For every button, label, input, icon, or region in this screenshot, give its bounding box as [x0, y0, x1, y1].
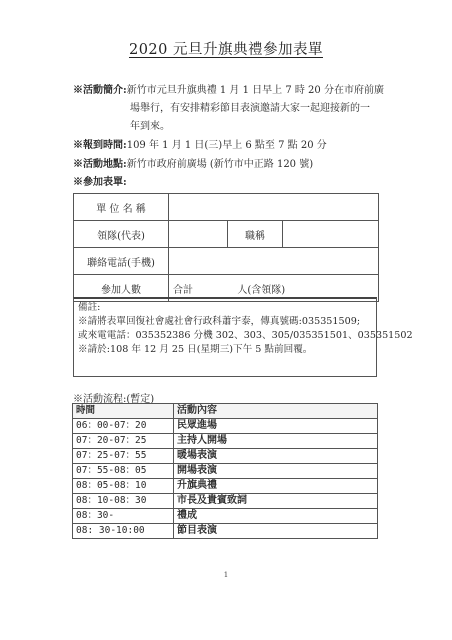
notes-line-3: ※請於:108 年 12 月 25 日(星期三)下午 5 點前回覆。 — [78, 343, 372, 357]
schedule-activity: 禮成 — [174, 509, 378, 524]
schedule-time: 06：00-07：20 — [73, 419, 174, 434]
schedule-row: 07：20-07：25 主持人開場 — [73, 434, 378, 449]
report-time-line: ※報到時間:109 年 1 月 1 日(三)早上 6 點至 7 點 20 分 — [73, 139, 327, 153]
header-time: 時間 — [73, 404, 174, 419]
document-page: 2020 元旦升旗典禮參加表單 ※活動簡介:新竹市元旦升旗典禮 1 月 1 日早… — [0, 0, 452, 640]
schedule-time: 07：55-08：05 — [73, 464, 174, 479]
schedule-row: 07：25-07：55 暖場表演 — [73, 449, 378, 464]
location-label: ※活動地點: — [73, 159, 127, 170]
report-time-label: ※報到時間: — [73, 140, 127, 151]
schedule-row: 08：10-08：30 市長及貴賓致詞 — [73, 494, 378, 509]
form-heading: ※參加表單: — [73, 176, 127, 190]
intro-label: ※活動簡介: — [73, 85, 127, 96]
schedule-table: 時間 活動內容 06：00-07：20 民眾進場 07：20-07：25 主持人… — [72, 403, 378, 539]
schedule-time: 08: 30-10:00 — [73, 524, 174, 539]
job-title-field[interactable] — [283, 221, 379, 248]
form-row-phone: 聯絡電話(手機) — [74, 248, 379, 275]
notes-line-1: ※請將表單回復社會處社會行政科蕭宇泰，傳真號碼:035351509; — [78, 315, 372, 329]
location-value: 新竹市政府前廣場 (新竹市中正路 120 號) — [127, 159, 313, 170]
notes-line-2: 或來電電話：035352386 分機 302、303、305/035351501… — [78, 329, 372, 343]
schedule-activity: 節目表演 — [174, 524, 378, 539]
phone-label: 聯絡電話(手機) — [74, 248, 169, 275]
intro-text-2: 場舉行，有安排精彩節目表演邀請大家一起迎接新的一 — [130, 102, 370, 116]
schedule-time: 07：25-07：55 — [73, 449, 174, 464]
people-suffix: 人(含領隊) — [237, 285, 285, 296]
leader-label: 領隊(代表) — [74, 221, 169, 248]
notes-heading: 備註: — [78, 301, 372, 315]
schedule-header-row: 時間 活動內容 — [73, 404, 378, 419]
phone-field[interactable] — [169, 248, 379, 275]
schedule-row: 08: 30-10:00 節目表演 — [73, 524, 378, 539]
form-row-leader: 領隊(代表) 職稱 — [74, 221, 379, 248]
schedule-row: 06：00-07：20 民眾進場 — [73, 419, 378, 434]
job-title-label: 職稱 — [228, 221, 283, 248]
schedule-activity: 市長及貴賓致詞 — [174, 494, 378, 509]
form-row-unit: 單 位 名 稱 — [74, 194, 379, 221]
notes-box: 備註: ※請將表單回復社會處社會行政科蕭宇泰，傳真號碼:035351509; 或… — [73, 297, 377, 377]
unit-name-field[interactable] — [169, 194, 379, 221]
total-label: 合計 — [173, 285, 193, 296]
schedule-activity: 主持人開場 — [174, 434, 378, 449]
schedule-time: 08：10-08：30 — [73, 494, 174, 509]
registration-form-table: 單 位 名 稱 領隊(代表) 職稱 聯絡電話(手機) 參加人數 合計 人(含領隊… — [73, 193, 379, 302]
schedule-activity: 升旗典禮 — [174, 479, 378, 494]
report-time-value: 109 年 1 月 1 日(三)早上 6 點至 7 點 20 分 — [127, 140, 327, 151]
intro-text-1: 新竹市元旦升旗典禮 1 月 1 日早上 7 時 20 分在市府前廣 — [127, 85, 384, 96]
schedule-row: 08：05-08：10 升旗典禮 — [73, 479, 378, 494]
schedule-time: 08：30- — [73, 509, 174, 524]
leader-field[interactable] — [169, 221, 228, 248]
page-number: 1 — [0, 571, 452, 579]
location-line: ※活動地點:新竹市政府前廣場 (新竹市中正路 120 號) — [73, 158, 313, 172]
schedule-row: 07：55-08：05 開場表演 — [73, 464, 378, 479]
schedule-activity: 民眾進場 — [174, 419, 378, 434]
schedule-activity: 暖場表演 — [174, 449, 378, 464]
schedule-row: 08：30- 禮成 — [73, 509, 378, 524]
unit-name-label: 單 位 名 稱 — [74, 194, 169, 221]
intro-line-1: ※活動簡介:新竹市元旦升旗典禮 1 月 1 日早上 7 時 20 分在市府前廣 — [73, 84, 384, 98]
document-title: 2020 元旦升旗典禮參加表單 — [0, 38, 452, 59]
intro-text-3: 年到來。 — [130, 120, 170, 134]
schedule-time: 08：05-08：10 — [73, 479, 174, 494]
schedule-activity: 開場表演 — [174, 464, 378, 479]
schedule-time: 07：20-07：25 — [73, 434, 174, 449]
header-activity: 活動內容 — [174, 404, 378, 419]
